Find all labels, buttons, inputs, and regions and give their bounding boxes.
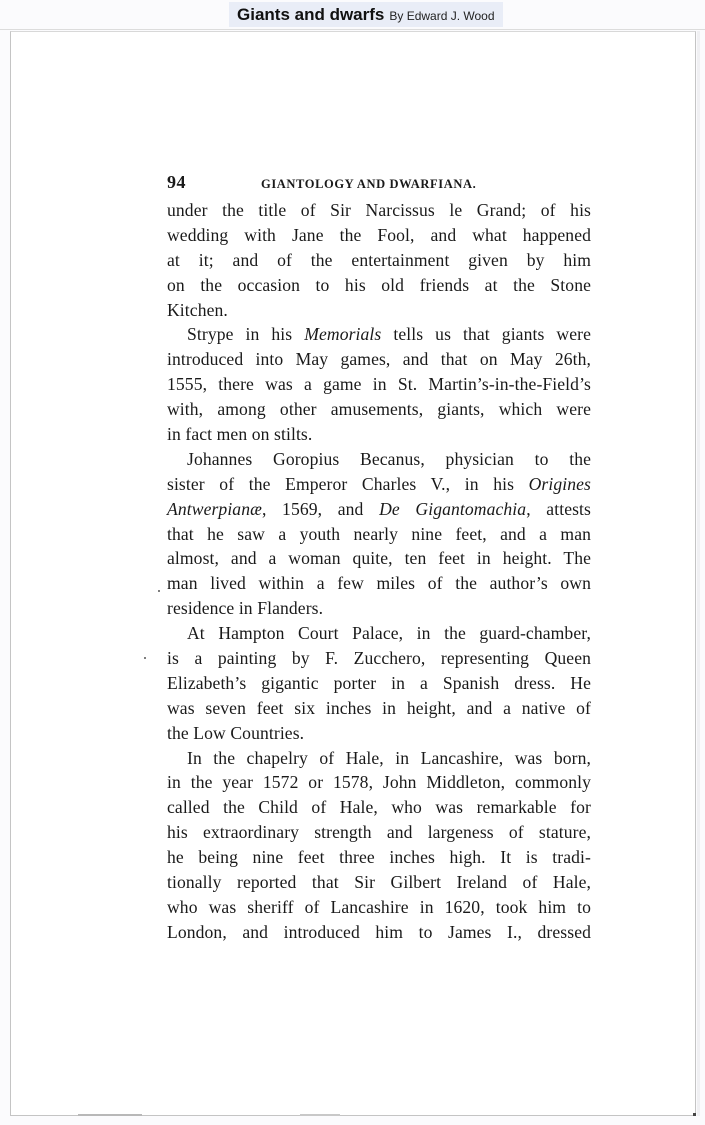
text-line: that he saw a youth nearly nine feet, an… xyxy=(167,522,591,547)
text-line: who was sheriff of Lancashire in 1620, t… xyxy=(167,895,591,920)
italic-title: Origines xyxy=(529,474,591,494)
text-line: Kitchen. xyxy=(167,298,591,323)
paragraph-2: Strype in his Memorials tells us that gi… xyxy=(167,322,591,446)
text-line: 1555, there was a game in St. Martin’s-i… xyxy=(167,372,591,397)
text-line: wedding with Jane the Fool, and what hap… xyxy=(167,223,591,248)
text-span: , 1569, and xyxy=(262,499,379,519)
text-line: sister of the Emperor Charles V., in his… xyxy=(167,472,591,497)
text-span: sister of the Emperor Charles V., in his xyxy=(167,474,529,494)
text-line: his extraordinary strength and largeness… xyxy=(167,820,591,845)
text-line: At Hampton Court Palace, in the guard-ch… xyxy=(167,621,591,646)
text-line: almost, and a woman quite, ten feet in h… xyxy=(167,546,591,571)
text-line: the Low Countries. xyxy=(167,721,591,746)
scan-speck xyxy=(144,657,146,659)
text-line: Johannes Goropius Becanus, physician to … xyxy=(167,447,591,472)
paragraph-1: under the title of Sir Narcissus le Gran… xyxy=(167,198,591,322)
paragraph-5: In the chapelry of Hale, in Lancashire, … xyxy=(167,746,591,945)
italic-title: Antwerpianæ xyxy=(167,499,262,519)
text-line: Antwerpianæ, 1569, and De Gigantomachia,… xyxy=(167,497,591,522)
text-line: with, among other amusements, giants, wh… xyxy=(167,397,591,422)
text-span: , attests xyxy=(526,499,591,519)
scan-edge-mark xyxy=(78,1114,142,1116)
text-span: tells us that giants were xyxy=(381,324,591,344)
text-line: man lived within a few miles of the auth… xyxy=(167,571,591,596)
text-line: he being nine feet three inches high. It… xyxy=(167,845,591,870)
text-line: was seven feet six inches in height, and… xyxy=(167,696,591,721)
running-title: GIANTOLOGY AND DWARFIANA. xyxy=(261,177,476,192)
text-line: London, and introduced him to James I., … xyxy=(167,920,591,945)
text-line: is a painting by F. Zucchero, representi… xyxy=(167,646,591,671)
paragraph-3: Johannes Goropius Becanus, physician to … xyxy=(167,447,591,621)
book-title: Giants and dwarfs xyxy=(237,2,384,27)
page-edge-shadow xyxy=(697,31,700,1116)
text-line: Elizabeth’s gigantic porter in a Spanish… xyxy=(167,671,591,696)
italic-title: De Gigantomachia xyxy=(379,499,526,519)
page-number: 94 xyxy=(167,172,186,193)
scan-speck xyxy=(158,590,160,592)
book-author: By Edward J. Wood xyxy=(389,4,494,29)
text-line: at it; and of the entertainment given by… xyxy=(167,248,591,273)
resize-handle-icon[interactable] xyxy=(693,1113,696,1116)
text-line: introduced into May games, and that on M… xyxy=(167,347,591,372)
text-line: residence in Flanders. xyxy=(167,596,591,621)
text-line: called the Child of Hale, who was remark… xyxy=(167,795,591,820)
paragraph-4: At Hampton Court Palace, in the guard-ch… xyxy=(167,621,591,745)
title-divider xyxy=(0,29,705,30)
italic-title: Memorials xyxy=(304,324,381,344)
text-line: in fact men on stilts. xyxy=(167,422,591,447)
text-line: under the title of Sir Narcissus le Gran… xyxy=(167,198,591,223)
document-title-bar: Giants and dwarfs By Edward J. Wood xyxy=(229,2,503,27)
running-head: 94 GIANTOLOGY AND DWARFIANA. xyxy=(167,170,591,196)
scan-edge-mark xyxy=(300,1114,340,1116)
text-line: tionally reported that Sir Gilbert Irela… xyxy=(167,870,591,895)
text-span: Strype in his xyxy=(187,324,304,344)
text-line: in the year 1572 or 1578, John Middleton… xyxy=(167,770,591,795)
text-line: on the occasion to his old friends at th… xyxy=(167,273,591,298)
scanned-page: 94 GIANTOLOGY AND DWARFIANA. under the t… xyxy=(167,170,591,945)
text-line: Strype in his Memorials tells us that gi… xyxy=(167,322,591,347)
text-line: In the chapelry of Hale, in Lancashire, … xyxy=(167,746,591,771)
